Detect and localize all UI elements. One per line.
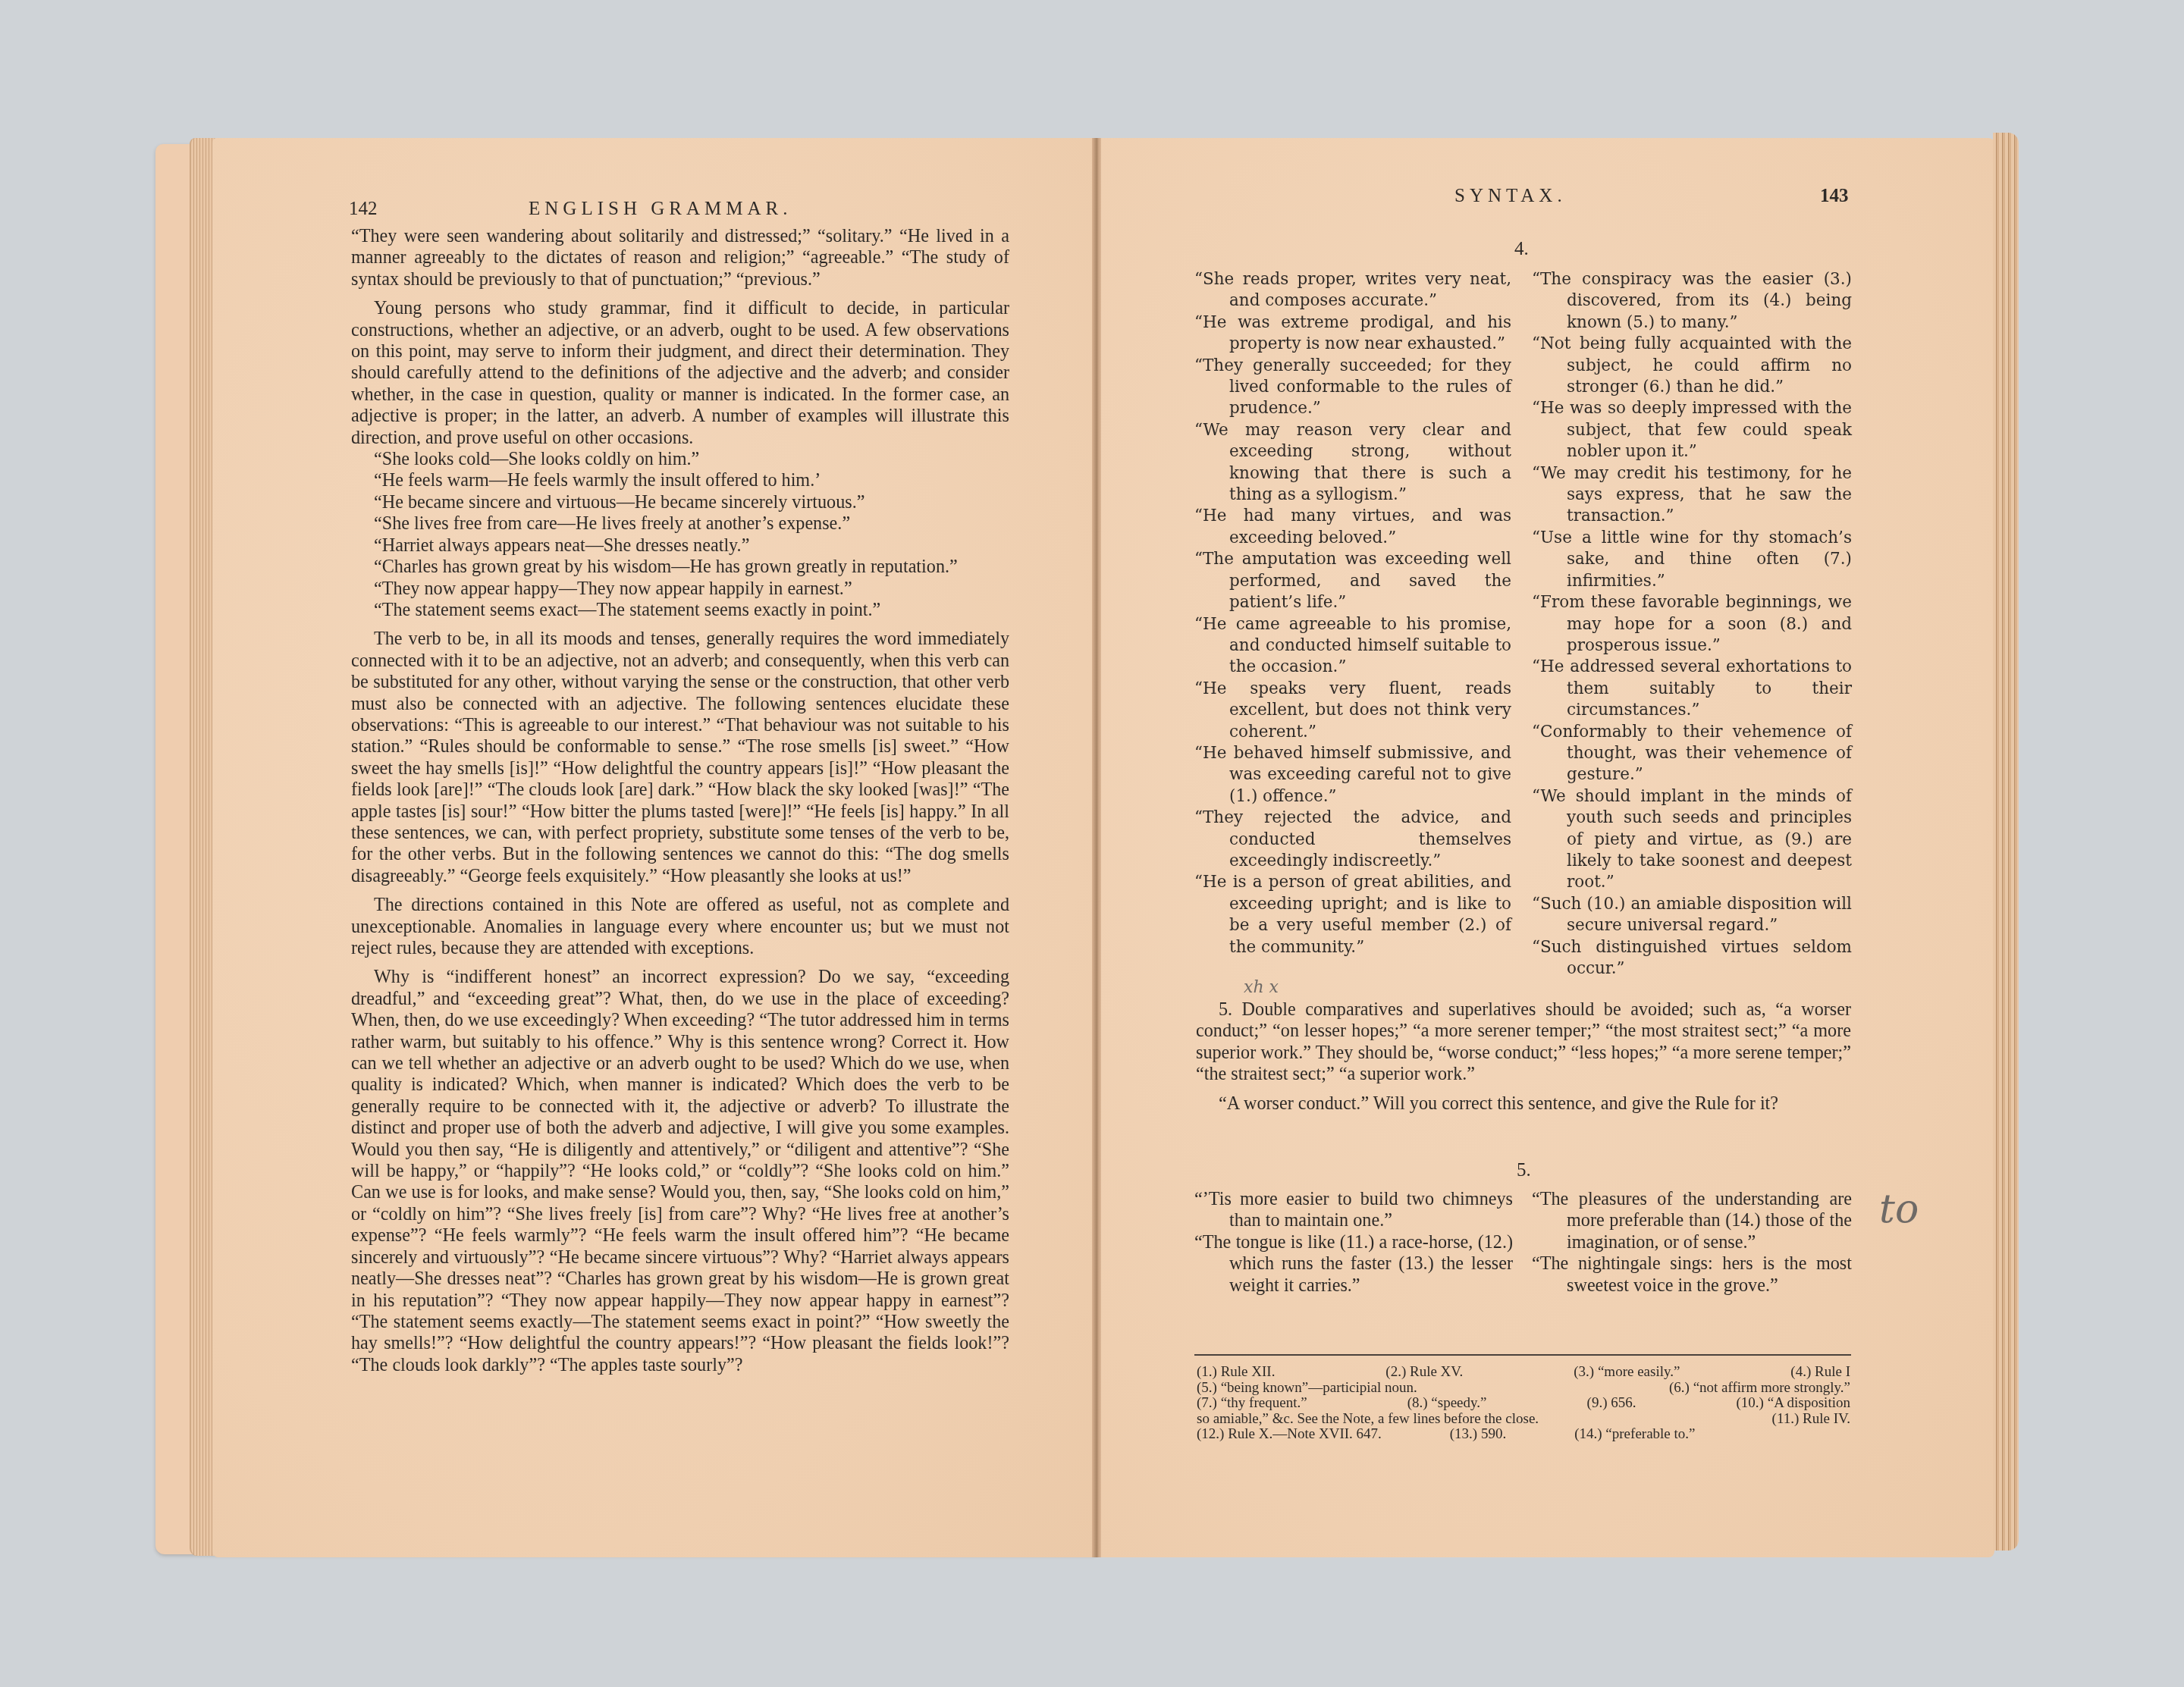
footnote-row: so amiable,” &c. See the Note, a few lin… — [1197, 1412, 1850, 1428]
footnote: (6.) “not affirm more strongly.” — [1669, 1381, 1850, 1397]
exercise-sentence: “We may reason very clear and exceeding … — [1194, 420, 1511, 506]
paragraph-2: Young persons who study grammar, find it… — [351, 298, 1009, 449]
exercise-sentence: “They rejected the advice, and conducted… — [1194, 807, 1511, 872]
exercise-sentence: “Such (10.) an amiable disposition will … — [1532, 894, 1852, 937]
open-book: 142 ENGLISH GRAMMAR. “They were seen wan… — [0, 0, 2184, 1687]
exercise-sentence: “’Tis more easier to build two chimneys … — [1194, 1189, 1513, 1232]
footnote: (14.) “preferable to.” — [1574, 1427, 1695, 1443]
exercise-sentence: “The pleasures of the understanding are … — [1532, 1189, 1852, 1253]
exercise-sentence: “The nightingale sings: hers is the most… — [1532, 1253, 1852, 1297]
section-5-column-2: “The pleasures of the understanding are … — [1532, 1189, 1852, 1297]
footnote-row: (7.) “thy frequent.” (8.) “speedy.” (9.)… — [1197, 1396, 1850, 1412]
exercise-sentence: “Conformably to their vehemence of thoug… — [1532, 722, 1852, 786]
exercise-column-2: “The conspiracy was the easier (3.) disc… — [1532, 269, 1852, 980]
footnote: (13.) 590. — [1450, 1427, 1506, 1443]
footnote-row: (5.) “being known”—participial noun. (6.… — [1197, 1381, 1850, 1397]
section-number-4: 4. — [1514, 239, 1529, 260]
left-page-body: “They were seen wandering about solitari… — [351, 226, 1009, 1376]
footnote: (9.) 656. — [1587, 1396, 1636, 1412]
example-line: “He became sincere and virtuous—He becam… — [351, 492, 1009, 513]
paragraph-3: The verb to be, in all its moods and ten… — [351, 629, 1009, 887]
rule-5-question: “A worser conduct.” Will you correct thi… — [1196, 1093, 1851, 1115]
paragraph-4: The directions contained in this Note ar… — [351, 895, 1009, 959]
page-number-left: 142 — [349, 199, 378, 220]
exercise-sentence: “He addressed several exhortations to th… — [1532, 657, 1852, 721]
footnote: (12.) Rule X.—Note XVII. 647. — [1197, 1427, 1382, 1443]
exercise-sentence: “The tongue is like (11.) a race-horse, … — [1194, 1232, 1513, 1297]
example-line: “They now appear happy—They now appear h… — [351, 579, 1009, 600]
footnote-row: (1.) Rule XII. (2.) Rule XV. (3.) “more … — [1197, 1365, 1850, 1381]
exercise-sentence: “Not being fully acquainted with the sub… — [1532, 334, 1852, 398]
rule-5-block: 5. Double comparatives and superlatives … — [1196, 999, 1851, 1115]
example-line: “Harriet always appears neat—She dresses… — [351, 535, 1009, 557]
exercise-sentence: “We may credit his testimony, for he say… — [1532, 463, 1852, 528]
exercise-sentence: “Such distinguished virtues seldom occur… — [1532, 937, 1852, 980]
footnote-row: (12.) Rule X.—Note XVII. 647. (13.) 590.… — [1197, 1427, 1850, 1443]
section-5-column-1: “’Tis more easier to build two chimneys … — [1194, 1189, 1513, 1297]
exercise-sentence: “He was extreme prodigal, and his proper… — [1194, 312, 1511, 356]
exercise-sentence: “He speaks very fluent, reads excellent,… — [1194, 679, 1511, 743]
footnote: (8.) “speedy.” — [1407, 1396, 1487, 1412]
exercise-sentence: “She reads proper, writes very neat, and… — [1194, 269, 1511, 312]
exercise-sentence: “He is a person of great abilities, and … — [1194, 872, 1511, 958]
pencil-mark: xh x — [1244, 978, 1279, 997]
example-line: “The statement seems exact—The statement… — [351, 600, 1009, 621]
exercise-sentence: “He came agreeable to his promise, and c… — [1194, 614, 1511, 679]
exercise-sentence: “He behaved himself submissive, and was … — [1194, 743, 1511, 807]
exercise-sentence: “The amputation was exceeding well perfo… — [1194, 549, 1511, 613]
footnote: (4.) Rule I — [1790, 1365, 1850, 1381]
footnote: (5.) “being known”—participial noun. — [1197, 1381, 1417, 1397]
paragraph-1: “They were seen wandering about solitari… — [351, 226, 1009, 290]
paragraph-5-questions: Why is “indifferent honest” an incorrect… — [351, 967, 1009, 1376]
exercise-sentence: “They generally succeeded; for they live… — [1194, 356, 1511, 420]
example-line: “She looks cold—She looks coldly on him.… — [351, 449, 1009, 470]
footnote: (3.) “more easily.” — [1574, 1365, 1680, 1381]
footnote: (11.) Rule IV. — [1772, 1412, 1850, 1428]
rule-5-text: 5. Double comparatives and superlatives … — [1196, 999, 1851, 1086]
example-line: “Charles has grown great by his wisdom—H… — [351, 557, 1009, 578]
footnote: (2.) Rule XV. — [1385, 1365, 1463, 1381]
right-page-edges — [1993, 133, 2019, 1551]
footnotes: (1.) Rule XII. (2.) Rule XV. (3.) “more … — [1197, 1365, 1850, 1443]
footnote: (1.) Rule XII. — [1197, 1365, 1275, 1381]
exercise-sentence: “Use a little wine for thy stomach’s sak… — [1532, 528, 1852, 592]
section-number-5: 5. — [1517, 1160, 1531, 1181]
example-line: “She lives free from care—He lives freel… — [351, 513, 1009, 535]
example-line: “He feels warm—He feels warmly the insul… — [351, 470, 1009, 491]
exercise-sentence: “From these favorable beginnings, we may… — [1532, 592, 1852, 657]
footnote: (7.) “thy frequent.” — [1197, 1396, 1307, 1412]
handwritten-margin-note: to — [1879, 1187, 1919, 1232]
footnote: so amiable,” &c. See the Note, a few lin… — [1197, 1412, 1539, 1428]
exercise-sentence: “He had many virtues, and was exceeding … — [1194, 506, 1511, 549]
footnote-divider — [1194, 1354, 1851, 1356]
page-number-right: 143 — [1820, 186, 1849, 207]
footnote: (10.) “A disposition — [1737, 1396, 1850, 1412]
exercise-sentence: “We should implant in the minds of youth… — [1532, 786, 1852, 894]
running-head-left: ENGLISH GRAMMAR. — [529, 199, 792, 220]
exercise-sentence: “He was so deeply impressed with the sub… — [1532, 398, 1852, 463]
exercise-column-1: “She reads proper, writes very neat, and… — [1194, 269, 1511, 958]
exercise-sentence: “The conspiracy was the easier (3.) disc… — [1532, 269, 1852, 334]
running-head-right: SYNTAX. — [1454, 186, 1567, 207]
